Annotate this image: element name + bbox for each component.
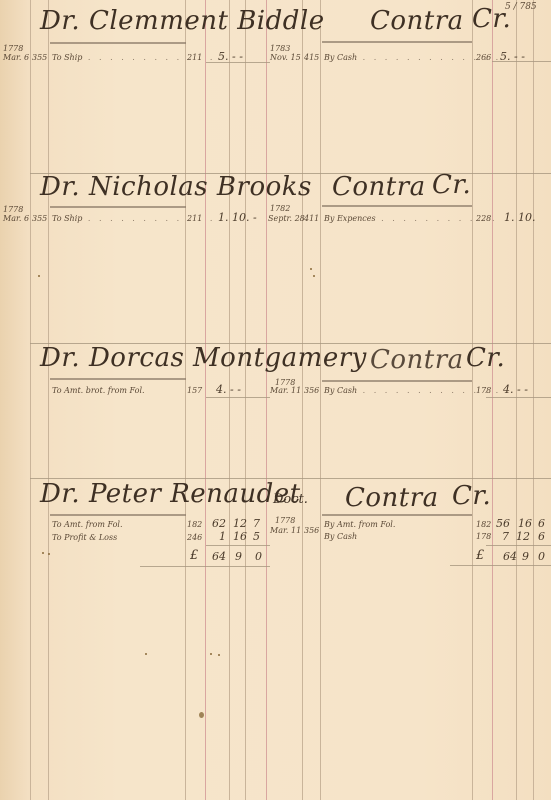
- header-rule: [322, 205, 472, 207]
- pence: 6: [538, 517, 545, 530]
- total-pence: 0: [255, 550, 262, 563]
- pence: 6: [538, 530, 545, 543]
- column-rule: [245, 0, 246, 800]
- speck: [42, 552, 44, 554]
- entry-amount: 1. 10.: [504, 211, 536, 224]
- total-rule: [450, 565, 551, 566]
- title-suffix: Doct.: [273, 492, 308, 507]
- shillings: 16: [518, 517, 532, 530]
- amount-rule: [486, 545, 551, 546]
- column-rule: [229, 0, 230, 800]
- ledger-page: Dr. Clemment Biddle Contra Cr. 5 / 785 1…: [0, 0, 551, 800]
- header-rule: [50, 514, 186, 516]
- column-rule: [48, 0, 49, 800]
- column-rule: [533, 0, 534, 800]
- entry-date: Nov. 15: [270, 53, 301, 62]
- total-shillings: 9: [522, 550, 529, 563]
- speck: [145, 653, 147, 655]
- speck: [48, 553, 50, 555]
- header-rule: [322, 380, 472, 382]
- entry-amount: 4. - -: [503, 383, 528, 396]
- shillings: 12: [516, 530, 530, 543]
- entry-desc: By Expences . . . . . . . . . . .: [324, 214, 498, 223]
- account-name: Dorcas Montgamery: [89, 343, 367, 373]
- debit-header: Dr. Peter Renaudet: [40, 479, 301, 509]
- header-rule: [322, 514, 472, 516]
- header-rule: [322, 41, 472, 43]
- pence: 7: [253, 517, 260, 530]
- contra-label: Contra: [370, 6, 464, 36]
- entry-desc: By Cash: [324, 532, 357, 541]
- total-pounds: 64: [212, 550, 226, 563]
- pounds: 1: [219, 530, 226, 543]
- amount-rule: [206, 545, 270, 546]
- amount-rule: [206, 397, 270, 398]
- account-name: Clemment Biddle: [89, 6, 325, 36]
- contra-label: Contra: [370, 345, 464, 375]
- entry-ref: 157: [187, 386, 202, 395]
- column-rule: [185, 0, 186, 800]
- column-rule: [205, 0, 206, 800]
- amount-rule: [486, 397, 551, 398]
- speck: [310, 268, 312, 270]
- total-pounds: 64: [503, 550, 517, 563]
- pounds: 62: [212, 517, 226, 530]
- entry-ref: 182: [187, 520, 202, 529]
- pounds: 7: [502, 530, 509, 543]
- pound-symbol: £: [476, 548, 484, 563]
- total-pence: 0: [538, 550, 545, 563]
- entry-desc: To Profit & Loss: [52, 533, 117, 542]
- column-rule: [266, 0, 267, 800]
- debit-header: Dr. Clemment Biddle: [40, 6, 325, 36]
- shillings: 12: [233, 517, 247, 530]
- column-rule: [30, 0, 31, 800]
- entry-ref: 178: [476, 532, 491, 541]
- dr-label: Dr.: [40, 479, 80, 509]
- entry-ref: 182: [476, 520, 491, 529]
- column-rule: [320, 0, 321, 800]
- entry-amount: 1. 10. -: [218, 211, 257, 224]
- total-rule: [140, 566, 270, 567]
- entry-ref: 211: [187, 214, 202, 223]
- entry-folio: 356: [304, 526, 319, 535]
- contra-label: Contra: [332, 172, 426, 202]
- cr-label: Cr.: [452, 481, 491, 511]
- amount-rule: [206, 62, 270, 63]
- entry-year: 1778: [275, 516, 295, 525]
- entry-ref: 211: [187, 53, 202, 62]
- entry-year: 1783: [270, 44, 290, 53]
- entry-year: 1778: [3, 205, 23, 214]
- entry-amount: 4. - -: [216, 383, 241, 396]
- dr-label: Dr.: [40, 6, 80, 36]
- total-shillings: 9: [235, 550, 242, 563]
- pence: 5: [253, 530, 260, 543]
- column-rule: [472, 0, 473, 800]
- corner-note: 5 / 785: [505, 2, 537, 12]
- entry-date: Septr. 28: [268, 214, 305, 223]
- column-rule: [302, 0, 303, 800]
- column-rule: [492, 0, 493, 800]
- debit-header: Dr. Nicholas Brooks: [40, 172, 312, 202]
- account-name: Peter Renaudet: [89, 479, 301, 509]
- entry-date: Mar. 11: [270, 386, 301, 395]
- speck: [210, 653, 212, 655]
- header-rule: [50, 378, 186, 380]
- dr-label: Dr.: [40, 343, 80, 373]
- column-rule: [516, 0, 517, 800]
- entry-year: 1782: [270, 204, 290, 213]
- entry-year: 1778: [3, 44, 23, 53]
- debit-header: Dr. Dorcas Montgamery: [40, 343, 367, 373]
- entry-folio: 415: [304, 53, 319, 62]
- amount-rule: [492, 61, 551, 62]
- entry-desc: To Amt. from Fol.: [52, 520, 123, 529]
- stain: [199, 712, 204, 718]
- speck: [313, 275, 315, 277]
- entry-folio: 411: [304, 214, 319, 223]
- cr-label: Cr.: [432, 170, 471, 200]
- entry-date: Mar. 6: [3, 53, 29, 62]
- header-rule: [50, 42, 186, 44]
- entry-desc: To Amt. brot. from Fol.: [52, 386, 145, 395]
- entry-folio: 355: [32, 214, 47, 223]
- cr-label: Cr.: [466, 343, 505, 373]
- entry-date: Mar. 11: [270, 526, 301, 535]
- dr-label: Dr.: [40, 172, 80, 202]
- entry-ref: 266: [476, 53, 491, 62]
- entry-desc: By Amt. from Fol.: [324, 520, 395, 529]
- entry-ref: 228: [476, 214, 491, 223]
- entry-ref: 178: [476, 386, 491, 395]
- account-name: Nicholas Brooks: [89, 172, 312, 202]
- pound-symbol: £: [190, 548, 198, 563]
- entry-ref: 246: [187, 533, 202, 542]
- speck: [218, 654, 220, 656]
- entry-desc: By Cash . . . . . . . . . . . . .: [324, 386, 501, 395]
- speck: [38, 275, 40, 277]
- entry-desc: By Cash . . . . . . . . . . . . .: [324, 53, 501, 62]
- entry-date: Mar. 6: [3, 214, 29, 223]
- header-rule: [50, 206, 186, 208]
- contra-label: Contra: [345, 483, 439, 513]
- entry-folio: 355: [32, 53, 47, 62]
- shillings: 16: [233, 530, 247, 543]
- pounds: 56: [496, 517, 510, 530]
- entry-folio: 356: [304, 386, 319, 395]
